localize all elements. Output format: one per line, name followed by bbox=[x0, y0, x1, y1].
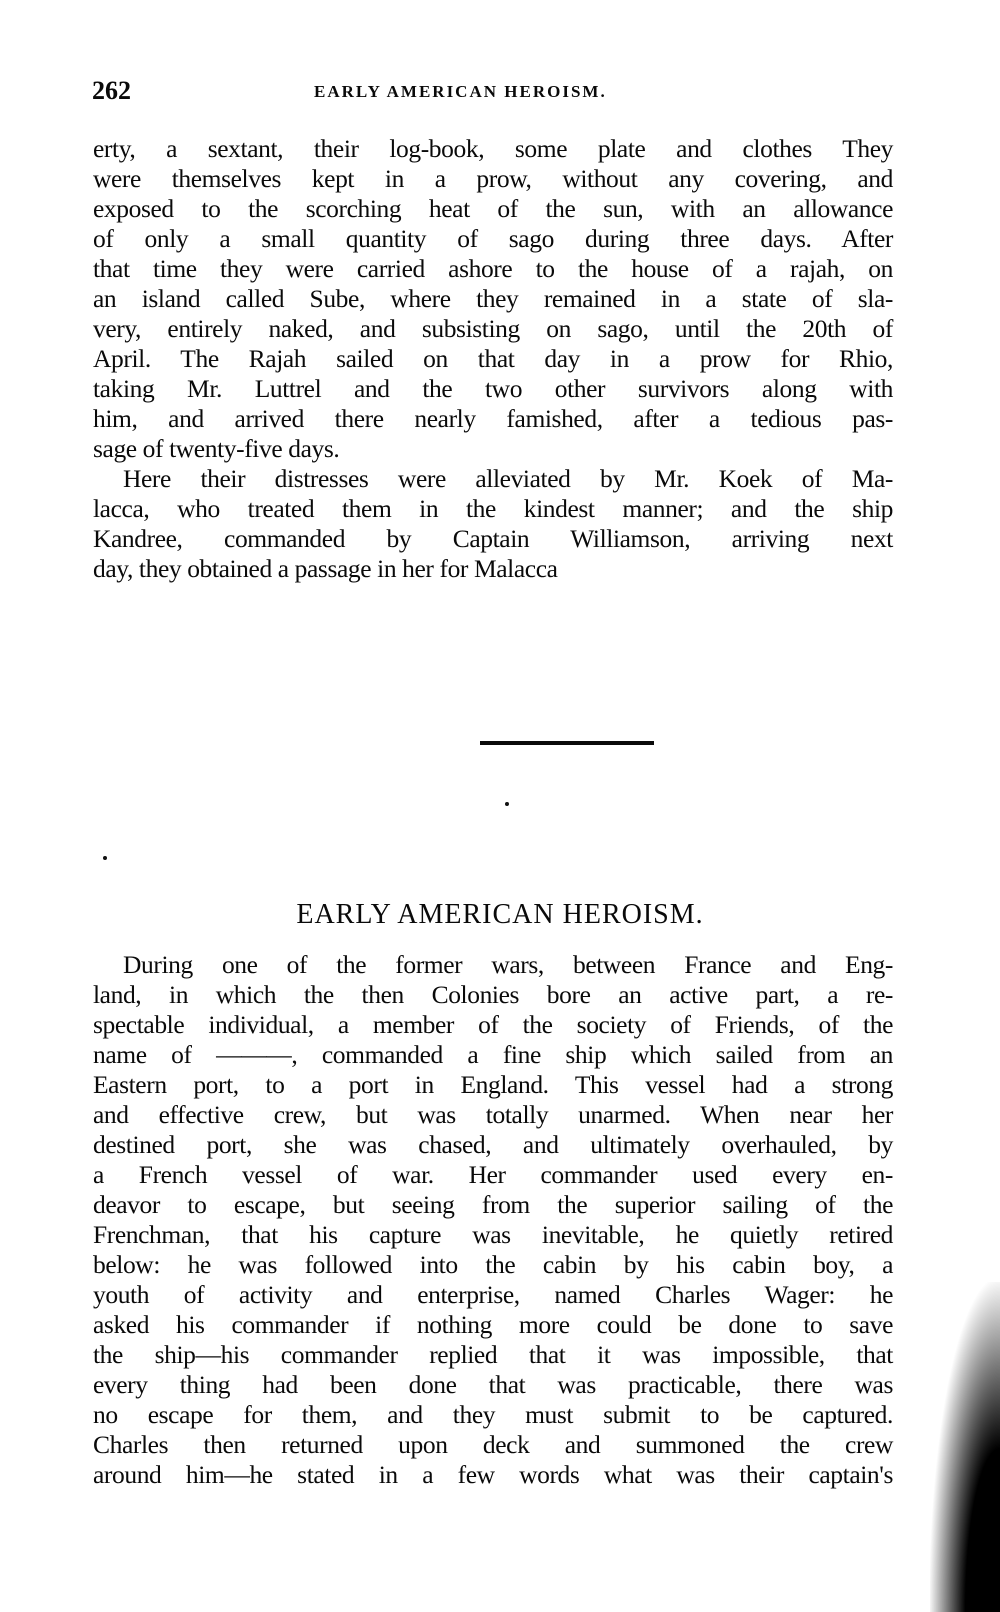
scan-speck bbox=[103, 856, 107, 860]
text-line: destined port, she was chased, and ultim… bbox=[93, 1130, 893, 1160]
text-line: name of ———, commanded a fine ship which… bbox=[93, 1040, 893, 1070]
paragraph-start-line: Here their distresses were alleviated by… bbox=[93, 464, 893, 494]
text-line: taking Mr. Luttrel and the two other sur… bbox=[93, 374, 893, 404]
section-divider-rule bbox=[480, 741, 654, 745]
text-line: exposed to the scorching heat of the sun… bbox=[93, 194, 893, 224]
text-line: youth of activity and enterprise, named … bbox=[93, 1280, 893, 1310]
text-line: an island called Sube, where they remain… bbox=[93, 284, 893, 314]
text-line: a French vessel of war. Her commander us… bbox=[93, 1160, 893, 1190]
page-number: 262 bbox=[92, 76, 131, 106]
text-line: spectable individual, a member of the so… bbox=[93, 1010, 893, 1040]
previous-article-text: erty, a sextant, their log-book, some pl… bbox=[93, 134, 893, 584]
text-line: deavor to escape, but seeing from the su… bbox=[93, 1190, 893, 1220]
text-line: Charles then returned upon deck and summ… bbox=[93, 1430, 893, 1460]
text-line: erty, a sextant, their log-book, some pl… bbox=[93, 134, 893, 164]
running-title: EARLY AMERICAN HEROISM. bbox=[314, 82, 607, 102]
text-line: him, and arrived there nearly famished, … bbox=[93, 404, 893, 434]
section-title: EARLY AMERICAN HEROISM. bbox=[0, 899, 1000, 931]
text-line: day, they obtained a passage in her for … bbox=[93, 554, 893, 584]
text-line: sage of twenty-five days. bbox=[93, 434, 893, 464]
text-line: that time they were carried ashore to th… bbox=[93, 254, 893, 284]
running-head: 262 EARLY AMERICAN HEROISM. bbox=[92, 76, 692, 106]
text-line: every thing had been done that was pract… bbox=[93, 1370, 893, 1400]
text-line: the ship—his commander replied that it w… bbox=[93, 1340, 893, 1370]
text-line: were themselves kept in a prow, without … bbox=[93, 164, 893, 194]
text-line: lacca, who treated them in the kindest m… bbox=[93, 494, 893, 524]
text-line: Eastern port, to a port in England. This… bbox=[93, 1070, 893, 1100]
text-line: Frenchman, that his capture was inevitab… bbox=[93, 1220, 893, 1250]
section-body-text: During one of the former wars, between F… bbox=[93, 950, 893, 1490]
text-line: of only a small quantity of sago during … bbox=[93, 224, 893, 254]
text-line: April. The Rajah sailed on that day in a… bbox=[93, 344, 893, 374]
text-line: no escape for them, and they must submit… bbox=[93, 1400, 893, 1430]
scan-speck bbox=[505, 802, 509, 806]
text-line: land, in which the then Colonies bore an… bbox=[93, 980, 893, 1010]
text-line: below: he was followed into the cabin by… bbox=[93, 1250, 893, 1280]
scan-edge-shadow bbox=[930, 1282, 1000, 1612]
paragraph-start-line: During one of the former wars, between F… bbox=[93, 950, 893, 980]
text-line: and effective crew, but was totally unar… bbox=[93, 1100, 893, 1130]
text-line: very, entirely naked, and subsisting on … bbox=[93, 314, 893, 344]
text-line: Kandree, commanded by Captain Williamson… bbox=[93, 524, 893, 554]
text-line: around him—he stated in a few words what… bbox=[93, 1460, 893, 1490]
book-page: 262 EARLY AMERICAN HEROISM. erty, a sext… bbox=[0, 0, 1000, 1612]
text-line: asked his commander if nothing more coul… bbox=[93, 1310, 893, 1340]
